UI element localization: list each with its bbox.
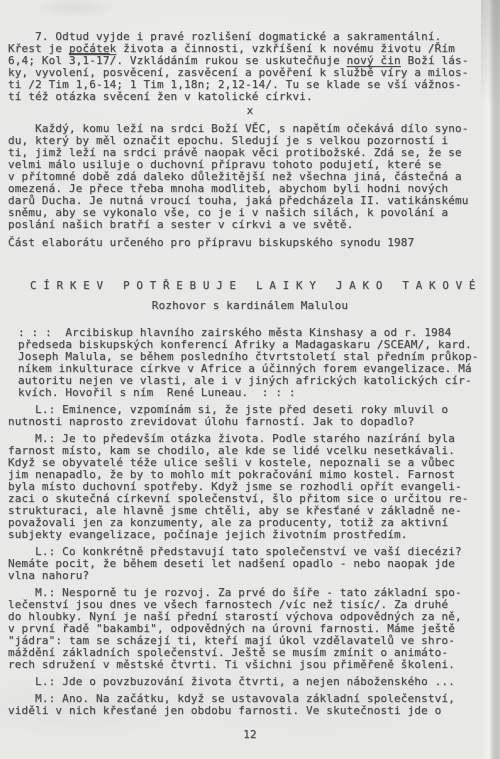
text-line: viděli v nich křesťané jen obdobu farnos… [8,705,492,717]
text-line: L.: Jde o povzbuzování života čtvrti, a … [8,676,492,688]
section-separator: x [8,105,492,117]
text-line: poslání našich bratří a sester v církvi … [8,219,492,231]
text-line: tí též otázka svěcení žen v katolické cí… [8,91,492,103]
page-number: 12 [8,729,492,741]
section-interview: : : : Arcibiskup hlavního zairského měst… [8,327,492,717]
dialog-paragraph: L.: Jde o povzbuzování života čtvrti, a … [8,676,492,688]
text-line: vlna nahoru? [8,570,492,582]
dialog-paragraph: M.: Ano. Na začátku, když se ustavovala … [8,693,492,717]
dialog-paragraph: M.: Nesporně tu je rozvoj. Za prvé do ší… [8,587,492,671]
intro-paragraph: : : : Arcibiskup hlavního zairského měst… [8,327,492,399]
dialog-paragraph: L.: Eminence, vzpomínám si, že jste před… [8,404,492,428]
article-title: C Í R K E V P O T Ř E B U J E L A I K Y … [30,279,492,292]
section-opening: 7. Odtud vyjde i pravé rozlišení dogmati… [8,31,492,103]
dialog-paragraph: M.: Je to především otázka života. Podle… [8,433,492,541]
paper-edge-shadow [481,0,500,759]
typewritten-page: 7. Odtud vyjde i pravé rozlišení dogmati… [0,0,500,759]
article-subtitle: Rozhovor s kardinálem Malulou [8,300,492,312]
document-text: 7. Odtud vyjde i pravé rozlišení dogmati… [0,0,500,741]
text-line: subjekty evangelizace, počínaje jejich ž… [8,529,492,541]
para-paragraph: 7. Odtud vyjde i pravé rozlišení dogmati… [8,31,492,103]
credit-paragraph: Část elaborátu určeného pro přípravu bis… [8,237,492,249]
text-line: nutnosti naprosto zrevidovat úlohu farno… [8,416,492,428]
text-line: kvích. Hovořil s ním René Luneau. : : : [18,387,492,399]
text-line: rech sdružení v městské čtvrti. Ti všich… [8,659,492,671]
section-synod: Každý, komu leží na srdci Boží VĚC, s na… [8,123,492,249]
text-line: Část elaborátu určeného pro přípravu bis… [8,237,492,249]
dialog-paragraph: L.: Co konkrétně představují tato společ… [8,546,492,582]
para-paragraph: Každý, komu leží na srdci Boží VĚC, s na… [8,123,492,231]
